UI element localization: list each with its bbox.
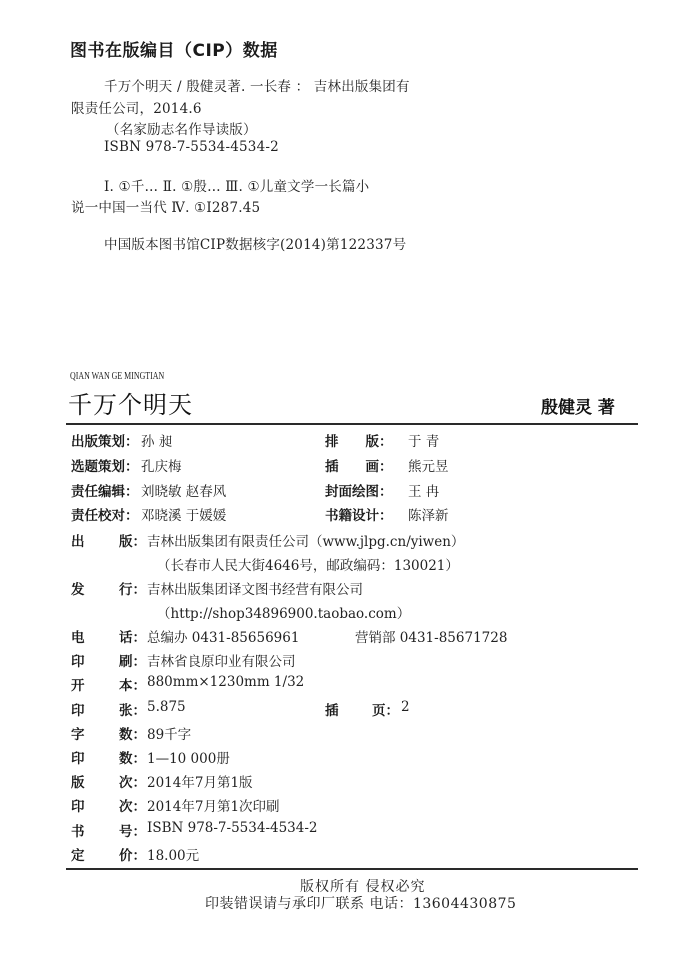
credit-value: 邓晓溪 于媛媛: [141, 504, 226, 524]
detail-label: 版：: [119, 530, 146, 550]
cip-line-1: 千万个明天 / 殷健灵著. 一长春 ： 吉林出版集团有: [104, 75, 410, 95]
cip-line-2: 限责任公司，2014.6: [71, 97, 202, 117]
detail-label: 行：: [119, 578, 146, 598]
book-title: 千万个明天: [68, 385, 193, 420]
detail-value: （http://shop34896900.taobao.com）: [157, 602, 410, 622]
detail-value: 吉林省良原印业有限公司: [147, 650, 296, 670]
credit-label: 选题策划：: [71, 455, 139, 475]
credit-value: 刘晓敏 赵春风: [141, 480, 226, 500]
detail-value: 5.875: [147, 699, 186, 715]
detail-label: 字: [71, 723, 85, 743]
cip-isbn: ISBN 978-7-5534-4534-2: [104, 139, 279, 155]
credit-label: 出版策划：: [71, 430, 139, 450]
detail-value: 吉林出版集团译文图书经营有限公司: [147, 578, 363, 598]
cip-record-number: 中国版本图书馆CIP数据核字(2014)第122337号: [104, 233, 406, 253]
detail-label: 次：: [119, 795, 146, 815]
detail-label: 书: [71, 820, 85, 840]
detail-label-2: 页：: [372, 699, 399, 719]
detail-label: 号：: [119, 820, 146, 840]
detail-label: 话：: [119, 626, 146, 646]
detail-label: 定: [71, 844, 85, 864]
detail-label: 出: [71, 530, 85, 550]
printing-error-contact: 印装错误请与承印厂联系 电话：13604430875: [205, 893, 516, 913]
detail-label: 版: [71, 771, 85, 791]
credit-label-2: 书籍设计：: [325, 504, 393, 524]
detail-label: 数：: [119, 747, 146, 767]
detail-value: 1—10 000册: [147, 747, 230, 767]
cip-classification-1: Ⅰ. ①千… Ⅱ. ①殷… Ⅲ. ①儿童文学一长篇小: [104, 175, 369, 195]
detail-value-2: 营销部 0431-85671728: [355, 626, 507, 646]
cip-line-3: （名家励志名作导读版）: [106, 118, 257, 138]
detail-label-2: 插: [325, 699, 339, 719]
credit-label-2: 插 画：: [325, 455, 393, 475]
bottom-divider: [66, 868, 638, 870]
top-divider: [66, 423, 638, 425]
detail-value: 18.00元: [147, 844, 199, 864]
credit-value-2: 王 冉: [408, 480, 439, 500]
detail-label: 开: [71, 674, 85, 694]
detail-label: 次：: [119, 771, 146, 791]
detail-value: 吉林出版集团有限责任公司（www.jlpg.cn/yiwen）: [147, 530, 464, 550]
detail-label: 刷：: [119, 650, 146, 670]
credit-label: 责任校对：: [71, 504, 139, 524]
detail-value: 2014年7月第1次印刷: [147, 795, 280, 815]
credit-label-2: 封面绘图：: [325, 480, 393, 500]
detail-value: ISBN 978-7-5534-4534-2: [147, 820, 318, 836]
detail-value: 880mm×1230mm 1/32: [147, 674, 304, 690]
detail-value: （长春市人民大街4646号，邮政编码：130021）: [157, 554, 459, 574]
credit-label-2: 排 版：: [325, 430, 393, 450]
cip-heading: 图书在版编目（CIP）数据: [70, 36, 278, 61]
cip-classification-2: 说一中国一当代 Ⅳ. ①I287.45: [71, 196, 260, 216]
book-author: 殷健灵 著: [541, 393, 615, 418]
detail-value-2: 2: [401, 699, 410, 715]
detail-label: 本：: [119, 674, 146, 694]
detail-label: 价：: [119, 844, 146, 864]
detail-label: 数：: [119, 723, 146, 743]
credit-label: 责任编辑：: [71, 480, 139, 500]
detail-label: 电: [71, 626, 85, 646]
credit-value-2: 于 青: [408, 430, 439, 450]
credit-value: 孔庆梅: [141, 455, 182, 475]
detail-label: 印: [71, 699, 85, 719]
detail-label: 张：: [119, 699, 146, 719]
detail-value: 总编办 0431-85656961: [147, 626, 299, 646]
detail-label: 发: [71, 578, 85, 598]
credit-value-2: 陈泽新: [408, 504, 449, 524]
detail-value: 2014年7月第1版: [147, 771, 253, 791]
credit-value: 孙 昶: [141, 430, 172, 450]
detail-label: 印: [71, 747, 85, 767]
credit-value-2: 熊元昱: [408, 455, 449, 475]
detail-label: 印: [71, 795, 85, 815]
detail-label: 印: [71, 650, 85, 670]
book-pinyin: QIAN WAN GE MINGTIAN: [70, 370, 164, 382]
detail-value: 89千字: [147, 723, 191, 743]
